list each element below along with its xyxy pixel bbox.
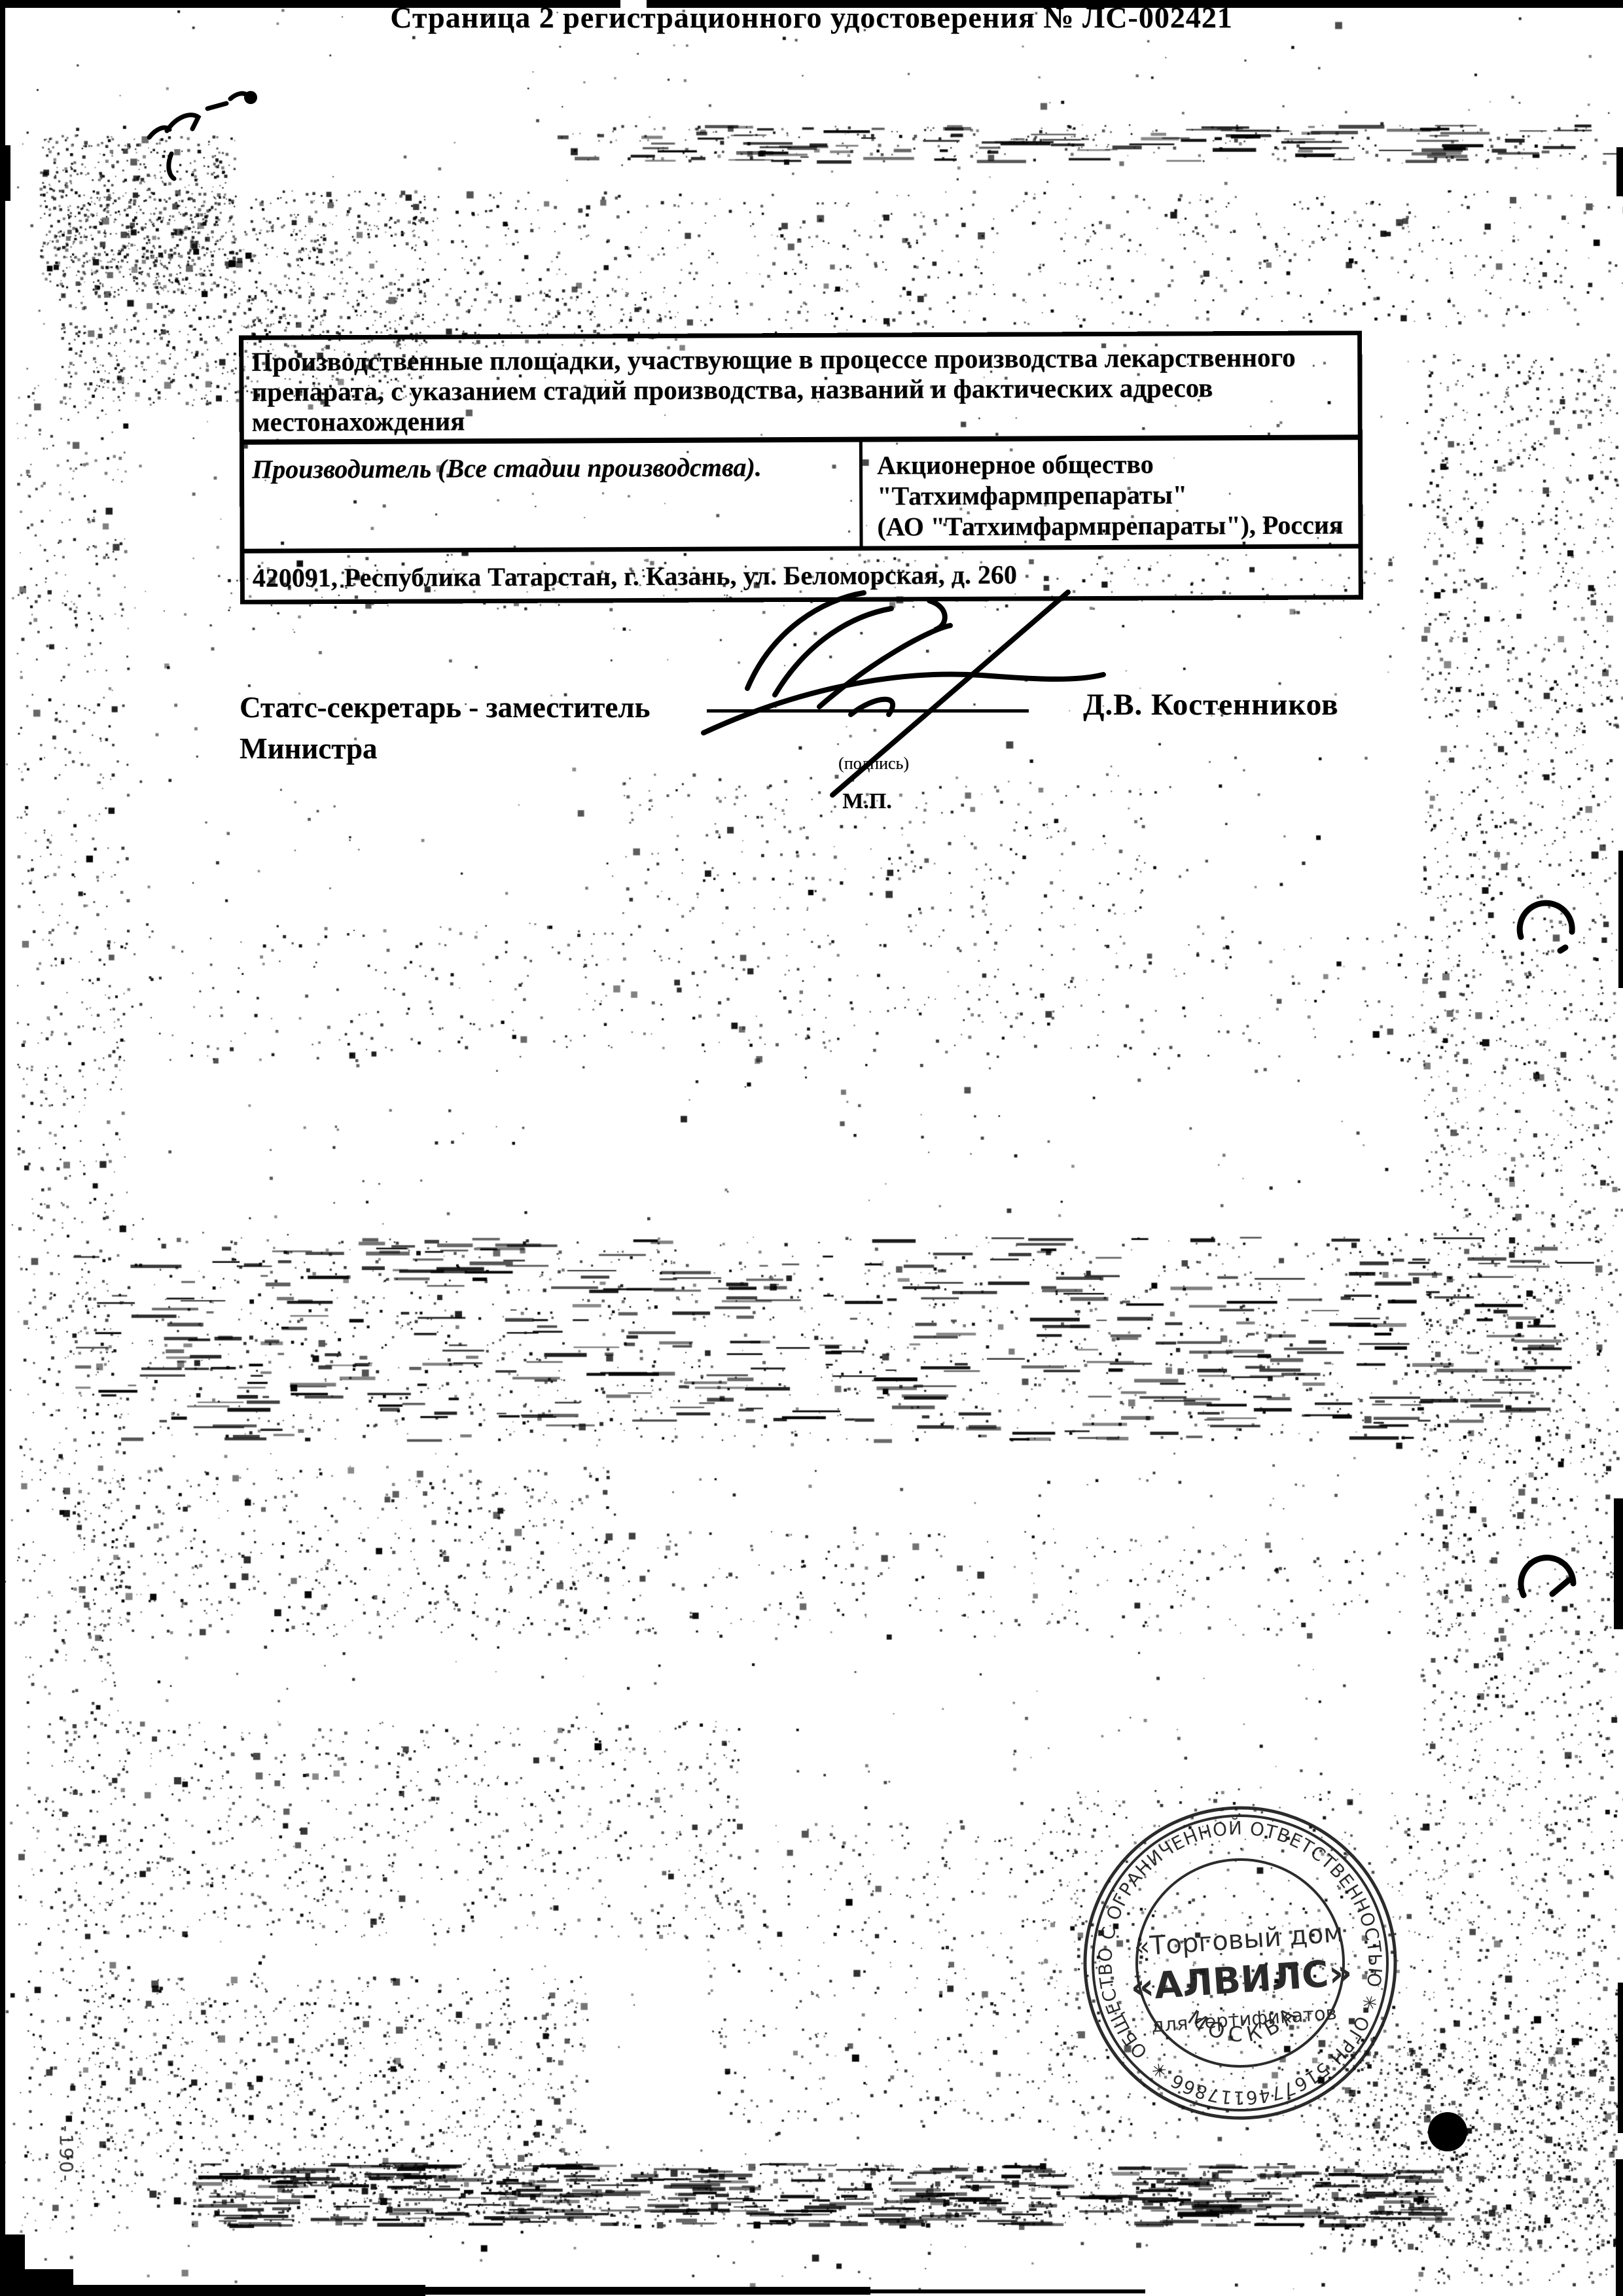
scan-artifact-right-tick-1: [1616, 147, 1623, 196]
scan-artifact-left-bar: [0, 0, 5, 2296]
producer-label-cell: Производитель (Все стадии производства).: [244, 442, 863, 549]
page-header-title: Страница 2 регистрационного удостоверени…: [0, 0, 1623, 35]
scan-page: Страница 2 регистрационного удостоверени…: [0, 0, 1623, 2296]
scan-artifact-right-tick-4: [1618, 1983, 1623, 2133]
table-header-line-3: местонахождения: [252, 402, 1349, 436]
scan-artifact-bottom-bar-3: [870, 2289, 1145, 2293]
seal-placeholder-mp: М.П.: [802, 789, 933, 814]
production-table-header: Производственные площадки, участвующие в…: [243, 335, 1358, 444]
address-cell: 420091, Республика Татарстан, г. Казань,…: [245, 548, 1359, 599]
producer-value-line-1: Акционерное общество: [877, 448, 1353, 480]
producer-value-line-2: "Татхимфармпрепараты": [877, 478, 1353, 511]
scan-artifact-right-tick-2: [1618, 851, 1623, 988]
scan-artifact-left-blob: [0, 145, 10, 201]
scan-artifact-bottom-bar-1: [59, 2285, 425, 2296]
producer-value-line-3: (АО "Татхимфармпрепараты"), Россия: [877, 509, 1353, 542]
signature-line: [707, 709, 1029, 713]
signer-position-title: Статс-секретарь - заместитель Министра: [240, 687, 650, 769]
position-title-line-2: Министра: [240, 728, 650, 769]
signature-caption: (подпись): [772, 754, 975, 773]
table-header-line-1: Производственные площадки, участвующие в…: [251, 342, 1348, 376]
scan-artifact-right-tick-3: [1614, 1498, 1623, 1629]
table-header-line-2: препарата, с указанием стадий производст…: [251, 372, 1348, 406]
signer-name: Д.В. Костенников: [1083, 687, 1338, 722]
producer-value-cell: Акционерное общество "Татхимфармпрепарат…: [863, 440, 1359, 546]
scan-artifact-right-tick-5: [1616, 2159, 1623, 2296]
production-table: Производственные площадки, участвующие в…: [239, 330, 1363, 604]
scan-artifact-bottom-bar-2: [425, 2287, 870, 2295]
producer-row: Производитель (Все стадии производства).…: [244, 440, 1359, 553]
margin-mark: -190-: [56, 2125, 77, 2183]
position-title-line-1: Статс-секретарь - заместитель: [240, 687, 650, 728]
